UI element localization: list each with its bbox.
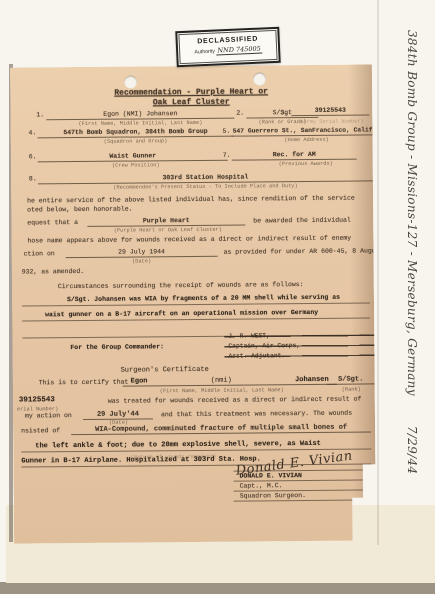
declassified-stamp: DECLASSIFIED Authority NND 745005 (175, 27, 280, 68)
certificate-rank-value: S/Sgt. (327, 370, 375, 384)
field3-serial-value: 39125543 (291, 102, 369, 116)
certificate-action-date: 29 July'44 (83, 406, 153, 420)
scan-bottom-strip (0, 582, 435, 594)
certificate-middle-initial: (nmi) (211, 377, 232, 385)
field6-number: 6. (29, 153, 37, 161)
field8-number: 8. (29, 175, 37, 183)
service-paragraph-line1: he entire service of the above listed in… (27, 195, 355, 206)
signature-rule (234, 499, 374, 501)
circumstances-heading: Circumstances surrounding the receipt of… (58, 281, 304, 291)
field1-name-value: Egon (NMI) Johansen (46, 106, 234, 121)
certificate-rank-label: (Rank) (329, 386, 374, 392)
action-suffix: as provided for under AR 600-45, 8 Augus… (224, 247, 384, 256)
field6-label: (Crew Position) (71, 162, 201, 169)
action-date-value: 29 July 1944 (65, 244, 217, 258)
struck-adjutant-title: Asst. Adjutant. (224, 350, 384, 361)
field7-label: (Previous Awards) (251, 161, 361, 168)
certificate-intro: This is to certify that (39, 379, 129, 388)
field7-number: 7. (223, 152, 231, 160)
margin-note-text: 384th Bomb Group - Missions-127 - Merseb… (405, 30, 419, 396)
margin-handwritten-note: 384th Bomb Group - Missions-127 - Merseb… (405, 30, 419, 500)
certificate-serial-value: 39125543 (19, 396, 55, 404)
punch-hole-left (124, 75, 137, 88)
field5-address-value: 547 Guerrero St., SanFrancisco, Calif. (231, 122, 377, 136)
action-prefix: ction on (24, 250, 55, 258)
authority-number-handwritten: NND 745005 (216, 45, 262, 56)
field5-number: 5. (222, 128, 230, 136)
certificate-action-prefix: my action on (25, 412, 72, 420)
certificate-name-cell: Egon (nmi) Johansen (123, 371, 337, 387)
authority-label: Authority (194, 49, 215, 56)
request-prefix: equest that a (27, 219, 78, 227)
request-suffix: be awarded the individual (253, 217, 351, 226)
certificate-name-label: (First Name, Middle Initial, Last Name) (123, 387, 321, 395)
action-continuation: 932, as amended. (22, 268, 84, 277)
field4-label: (Squadron and Group) (71, 138, 201, 145)
field3-number: 3. (280, 109, 288, 117)
scanned-document-page: 384th Bomb Group - Missions-127 - Merseb… (0, 0, 435, 594)
certificate-last-name: Johansen (295, 376, 329, 384)
margin-note-date: 7/29/44 (405, 426, 419, 474)
field4-number: 4. (28, 129, 36, 137)
declassified-stamp-border: DECLASSIFIED Authority NND 745005 (178, 30, 277, 64)
certificate-first-name: Egon (131, 377, 148, 385)
wounds-line1: WIA-Compound, comminuted fracture of mul… (71, 419, 371, 435)
punch-hole-right (253, 72, 266, 85)
certificate-treated-text: was treated for wounds received as a dir… (108, 396, 362, 406)
paper-crease (377, 0, 379, 545)
purple-heart-recommendation-form: Recommendation - Purple Heart or Oak Lea… (10, 64, 376, 543)
declassified-stamp-authority: Authority NND 745005 (180, 44, 276, 56)
field5-label: (Home Address) (257, 137, 357, 144)
field7-awards-value: Rec. for AM (232, 147, 357, 161)
for-group-commander: For the Group Commander: (70, 343, 164, 352)
request-award-label: (Purple Heart or Oak Leaf Cluster) (95, 227, 240, 234)
field2-number: 2. (236, 110, 244, 118)
action-date-label: (Date) (107, 258, 177, 265)
field1-number: 1. (36, 111, 44, 119)
field4-squadron-value: 547th Bomb Squadron, 384th Bomb Group (37, 124, 233, 139)
field6-position-value: Waist Gunner (38, 148, 228, 163)
certificate-action-suffix: and that this treatment was necessary. T… (161, 410, 352, 420)
wounds-prefix: nsisted of (21, 427, 60, 435)
request-award-value: Purple Heart (87, 213, 245, 227)
